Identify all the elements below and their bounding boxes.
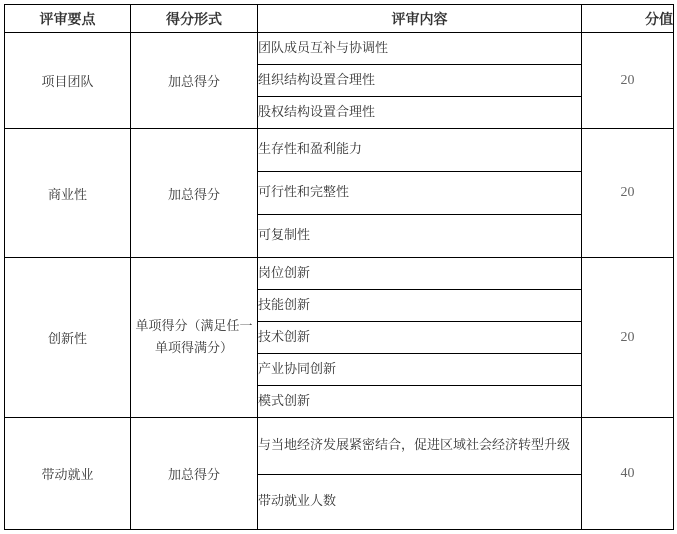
content-item: 股权结构设置合理性 — [258, 97, 582, 129]
criterion-cell: 创新性 — [5, 258, 131, 418]
content-item: 可行性和完整性 — [258, 172, 582, 215]
header-scoring-method: 得分形式 — [131, 5, 258, 33]
table-row: 项目团队 加总得分 团队成员互补与协调性 20 — [5, 33, 674, 65]
score-cell: 20 — [582, 258, 674, 418]
table-row: 带动就业 加总得分 与当地经济发展紧密结合，促进区域社会经济转型升级 40 — [5, 418, 674, 475]
header-score: 分值 — [582, 5, 674, 33]
score-cell: 20 — [582, 129, 674, 258]
table-row: 商业性 加总得分 生存性和盈利能力 20 — [5, 129, 674, 172]
content-item: 团队成员互补与协调性 — [258, 33, 582, 65]
score-cell: 40 — [582, 418, 674, 530]
header-criterion: 评审要点 — [5, 5, 131, 33]
criterion-cell: 项目团队 — [5, 33, 131, 129]
content-item: 带动就业人数 — [258, 475, 582, 530]
content-item: 技术创新 — [258, 322, 582, 354]
content-item: 岗位创新 — [258, 258, 582, 290]
content-item: 模式创新 — [258, 386, 582, 418]
content-item: 与当地经济发展紧密结合，促进区域社会经济转型升级 — [258, 418, 582, 475]
content-item: 技能创新 — [258, 290, 582, 322]
content-item: 可复制性 — [258, 215, 582, 258]
table-row: 创新性 单项得分（满足任一单项得满分） 岗位创新 20 — [5, 258, 674, 290]
scoring-method-cell: 加总得分 — [131, 418, 258, 530]
criterion-cell: 带动就业 — [5, 418, 131, 530]
header-content: 评审内容 — [258, 5, 582, 33]
header-row: 评审要点 得分形式 评审内容 分值 — [5, 5, 674, 33]
criterion-cell: 商业性 — [5, 129, 131, 258]
evaluation-criteria-table: 评审要点 得分形式 评审内容 分值 项目团队 加总得分 团队成员互补与协调性 2… — [4, 4, 674, 530]
scoring-method-cell: 加总得分 — [131, 33, 258, 129]
scoring-method-cell: 加总得分 — [131, 129, 258, 258]
score-cell: 20 — [582, 33, 674, 129]
scoring-method-cell: 单项得分（满足任一单项得满分） — [131, 258, 258, 418]
content-item: 组织结构设置合理性 — [258, 65, 582, 97]
content-item: 生存性和盈利能力 — [258, 129, 582, 172]
content-item: 产业协同创新 — [258, 354, 582, 386]
